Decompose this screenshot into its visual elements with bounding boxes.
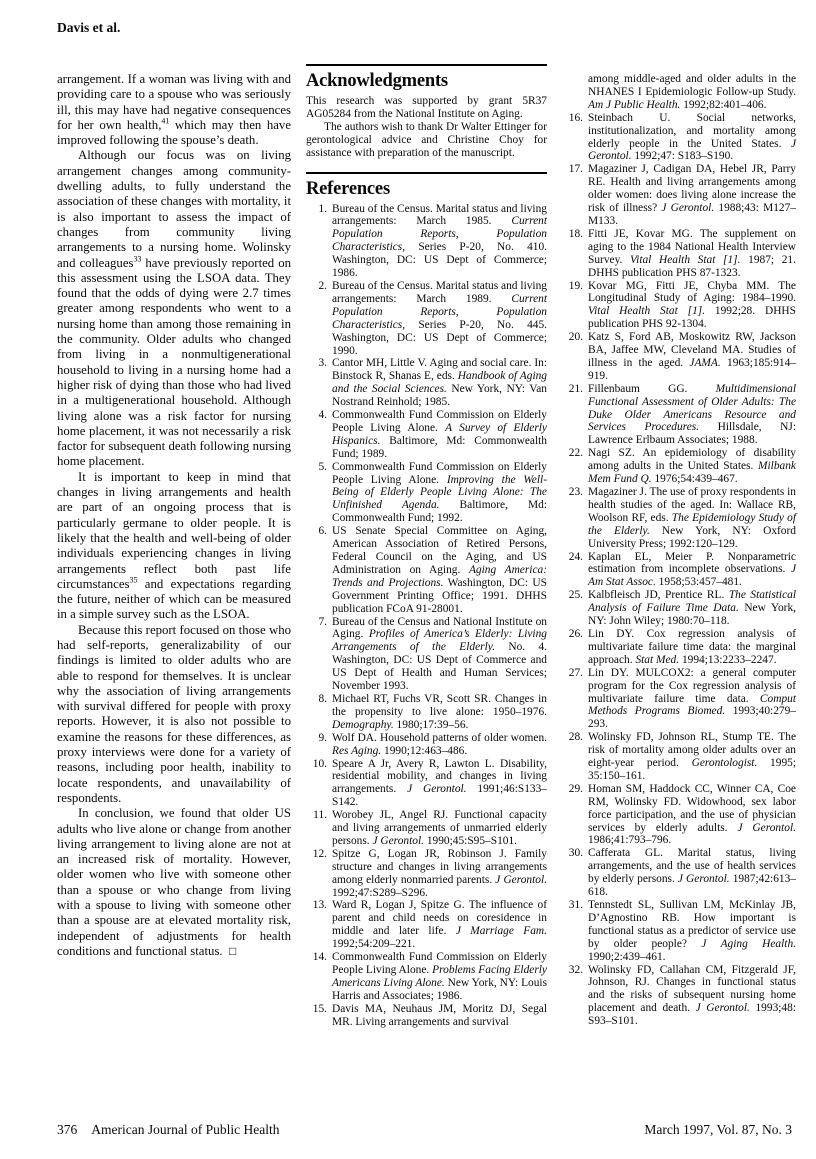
reference-number: 31.	[562, 899, 588, 912]
reference-number: 14.	[306, 951, 332, 964]
reference-number: 1.	[306, 203, 332, 216]
reference-item: 21.Fillenbaum GG. Multidimensional Funct…	[562, 383, 796, 448]
section-rule	[306, 172, 547, 174]
reference-text: Fitti JE, Kovar MG. The supplement on ag…	[588, 228, 796, 280]
reference-text: Wolinsky FD, Callahan CM, Fitzgerald JF,…	[588, 964, 796, 1029]
reference-text: Cafferata GL. Marital status, living arr…	[588, 847, 796, 899]
reference-item: 3.Cantor MH, Little V. Aging and social …	[306, 357, 547, 409]
references-list-right: among middle-aged and older adults in th…	[562, 73, 796, 1028]
reference-item: 4.Commonwealth Fund Commission on Elderl…	[306, 409, 547, 461]
reference-item: 6.US Senate Special Committee on Aging, …	[306, 525, 547, 615]
reference-text: Lin DY. MULCOX2: a general computer prog…	[588, 667, 796, 732]
reference-item: 12.Spitze G, Logan JR, Robinson J. Famil…	[306, 848, 547, 900]
reference-text: Ward R, Logan J, Spitze G. The influence…	[332, 899, 547, 951]
reference-number: 29.	[562, 783, 588, 796]
reference-number: 9.	[306, 732, 332, 745]
reference-item: 32.Wolinsky FD, Callahan CM, Fitzgerald …	[562, 964, 796, 1029]
reference-text: Kalbfleisch JD, Prentice RL. The Statist…	[588, 589, 796, 628]
left-column-discussion: arrangement. If a woman was living with …	[57, 64, 291, 1029]
reference-item: 19.Kovar MG, Fitti JE, Chyba MM. The Lon…	[562, 280, 796, 332]
reference-item: 2.Bureau of the Census. Marital status a…	[306, 280, 547, 357]
reference-item: 8.Michael RT, Fuchs VR, Scott SR. Change…	[306, 693, 547, 732]
reference-number: 24.	[562, 551, 588, 564]
acknowledgments-text: This research was supported by grant 5R3…	[306, 95, 547, 160]
reference-number: 25.	[562, 589, 588, 602]
references-heading: References	[306, 179, 547, 199]
section-rule	[306, 64, 547, 66]
reference-item: 11.Worobey JL, Angel RJ. Functional capa…	[306, 809, 547, 848]
journal-name: American Journal of Public Health	[91, 1122, 279, 1138]
issue-info: March 1997, Vol. 87, No. 3	[644, 1122, 792, 1138]
reference-number: 18.	[562, 228, 588, 241]
reference-item: 14.Commonwealth Fund Commission on Elder…	[306, 951, 547, 1003]
reference-text: Katz S, Ford AB, Moskowitz RW, Jackson B…	[588, 331, 796, 383]
body-paragraph: Although our focus was on living arrange…	[57, 148, 291, 469]
reference-number: 13.	[306, 899, 332, 912]
reference-number: 17.	[562, 163, 588, 176]
reference-text: Kaplan EL, Meier P. Nonparametric estima…	[588, 551, 796, 590]
reference-item: 24.Kaplan EL, Meier P. Nonparametric est…	[562, 551, 796, 590]
reference-text: Worobey JL, Angel RJ. Functional capacit…	[332, 809, 547, 848]
acknowledgments-paragraph: This research was supported by grant 5R3…	[306, 95, 547, 121]
reference-item: 20.Katz S, Ford AB, Moskowitz RW, Jackso…	[562, 331, 796, 383]
running-head: Davis et al.	[57, 20, 120, 36]
reference-item: 26.Lin DY. Cox regression analysis of mu…	[562, 628, 796, 667]
reference-text: Bureau of the Census. Marital status and…	[332, 280, 547, 357]
page-footer: 376 American Journal of Public Health Ma…	[57, 1122, 792, 1138]
reference-text: Speare A Jr, Avery R, Lawton L. Disabili…	[332, 758, 547, 810]
reference-number: 28.	[562, 731, 588, 744]
right-column: among middle-aged and older adults in th…	[562, 64, 796, 1029]
reference-number: 23.	[562, 486, 588, 499]
reference-number: 20.	[562, 331, 588, 344]
reference-text: among middle-aged and older adults in th…	[588, 73, 796, 112]
reference-item: 30.Cafferata GL. Marital status, living …	[562, 847, 796, 899]
reference-text: Spitze G, Logan JR, Robinson J. Family s…	[332, 848, 547, 900]
reference-item: 10.Speare A Jr, Avery R, Lawton L. Disab…	[306, 758, 547, 810]
references-list-middle: 1.Bureau of the Census. Marital status a…	[306, 203, 547, 1029]
journal-page: Davis et al. arrangement. If a woman was…	[0, 0, 816, 1159]
body-paragraph: arrangement. If a woman was living with …	[57, 72, 291, 148]
reference-item-continuation: among middle-aged and older adults in th…	[562, 73, 796, 112]
middle-column: Acknowledgments This research was suppor…	[306, 64, 547, 1029]
reference-number: 10.	[306, 758, 332, 771]
reference-number: 15.	[306, 1003, 332, 1016]
three-column-layout: arrangement. If a woman was living with …	[57, 64, 796, 1029]
reference-number: 21.	[562, 383, 588, 396]
reference-text: Magaziner J. The use of proxy respondent…	[588, 486, 796, 551]
reference-text: Commonwealth Fund Commission on Elderly …	[332, 951, 547, 1003]
reference-item: 1.Bureau of the Census. Marital status a…	[306, 203, 547, 280]
footer-spacer	[279, 1122, 644, 1138]
page-number: 376	[57, 1122, 77, 1138]
body-paragraph: In conclusion, we found that older US ad…	[57, 806, 291, 959]
reference-text: US Senate Special Committee on Aging, Am…	[332, 525, 547, 615]
reference-item: 31.Tennstedt SL, Sullivan LM, McKinlay J…	[562, 899, 796, 964]
reference-text: Commonwealth Fund Commission on Elderly …	[332, 461, 547, 526]
reference-text: Tennstedt SL, Sullivan LM, McKinlay JB, …	[588, 899, 796, 964]
reference-item: 29.Homan SM, Haddock CC, Winner CA, Coe …	[562, 783, 796, 848]
reference-text: Homan SM, Haddock CC, Winner CA, Coe RM,…	[588, 783, 796, 848]
reference-number: 6.	[306, 525, 332, 538]
reference-number: 8.	[306, 693, 332, 706]
reference-item: 22.Nagi SZ. An epidemiology of disabilit…	[562, 447, 796, 486]
reference-item: 23.Magaziner J. The use of proxy respond…	[562, 486, 796, 551]
body-paragraph: Because this report focused on those who…	[57, 623, 291, 807]
reference-text: Wolinsky FD, Johnson RL, Stump TE. The r…	[588, 731, 796, 783]
acknowledgments-heading: Acknowledgments	[306, 71, 547, 91]
reference-number: 2.	[306, 280, 332, 293]
reference-text: Steinbach U. Social networks, institutio…	[588, 112, 796, 164]
reference-text: Commonwealth Fund Commission on Elderly …	[332, 409, 547, 461]
body-paragraph: It is important to keep in mind that cha…	[57, 470, 291, 623]
reference-text: Kovar MG, Fitti JE, Chyba MM. The Longit…	[588, 280, 796, 332]
reference-item: 7.Bureau of the Census and National Inst…	[306, 616, 547, 693]
reference-number: 12.	[306, 848, 332, 861]
reference-number: 19.	[562, 280, 588, 293]
reference-text: Nagi SZ. An epidemiology of disability a…	[588, 447, 796, 486]
reference-text: Bureau of the Census and National Instit…	[332, 616, 547, 693]
acknowledgments-paragraph: The authors wish to thank Dr Walter Etti…	[306, 121, 547, 160]
reference-number: 7.	[306, 616, 332, 629]
reference-number: 5.	[306, 461, 332, 474]
reference-item: 15.Davis MA, Neuhaus JM, Moritz DJ, Sega…	[306, 1003, 547, 1029]
reference-number: 32.	[562, 964, 588, 977]
reference-item: 9.Wolf DA. Household patterns of older w…	[306, 732, 547, 758]
end-of-article-marker: □	[229, 944, 237, 958]
reference-item: 5.Commonwealth Fund Commission on Elderl…	[306, 461, 547, 526]
reference-item: 13.Ward R, Logan J, Spitze G. The influe…	[306, 899, 547, 951]
reference-text: Fillenbaum GG. Multidimensional Function…	[588, 383, 796, 448]
reference-item: 17.Magaziner J, Cadigan DA, Hebel JR, Pa…	[562, 163, 796, 228]
reference-number: 22.	[562, 447, 588, 460]
reference-number: 26.	[562, 628, 588, 641]
reference-number: 27.	[562, 667, 588, 680]
reference-number: 30.	[562, 847, 588, 860]
reference-text: Wolf DA. Household patterns of older wom…	[332, 732, 547, 758]
reference-number: 11.	[306, 809, 332, 822]
reference-item: 25.Kalbfleisch JD, Prentice RL. The Stat…	[562, 589, 796, 628]
reference-text: Magaziner J, Cadigan DA, Hebel JR, Parry…	[588, 163, 796, 228]
reference-number: 3.	[306, 357, 332, 370]
reference-text: Bureau of the Census. Marital status and…	[332, 203, 547, 280]
reference-item: 28.Wolinsky FD, Johnson RL, Stump TE. Th…	[562, 731, 796, 783]
reference-item: 18.Fitti JE, Kovar MG. The supplement on…	[562, 228, 796, 280]
reference-number: 4.	[306, 409, 332, 422]
reference-text: Davis MA, Neuhaus JM, Moritz DJ, Segal M…	[332, 1003, 547, 1029]
reference-number: 16.	[562, 112, 588, 125]
reference-item: 27.Lin DY. MULCOX2: a general computer p…	[562, 667, 796, 732]
reference-text: Cantor MH, Little V. Aging and social ca…	[332, 357, 547, 409]
reference-text: Lin DY. Cox regression analysis of multi…	[588, 628, 796, 667]
reference-item: 16.Steinbach U. Social networks, institu…	[562, 112, 796, 164]
reference-text: Michael RT, Fuchs VR, Scott SR. Changes …	[332, 693, 547, 732]
